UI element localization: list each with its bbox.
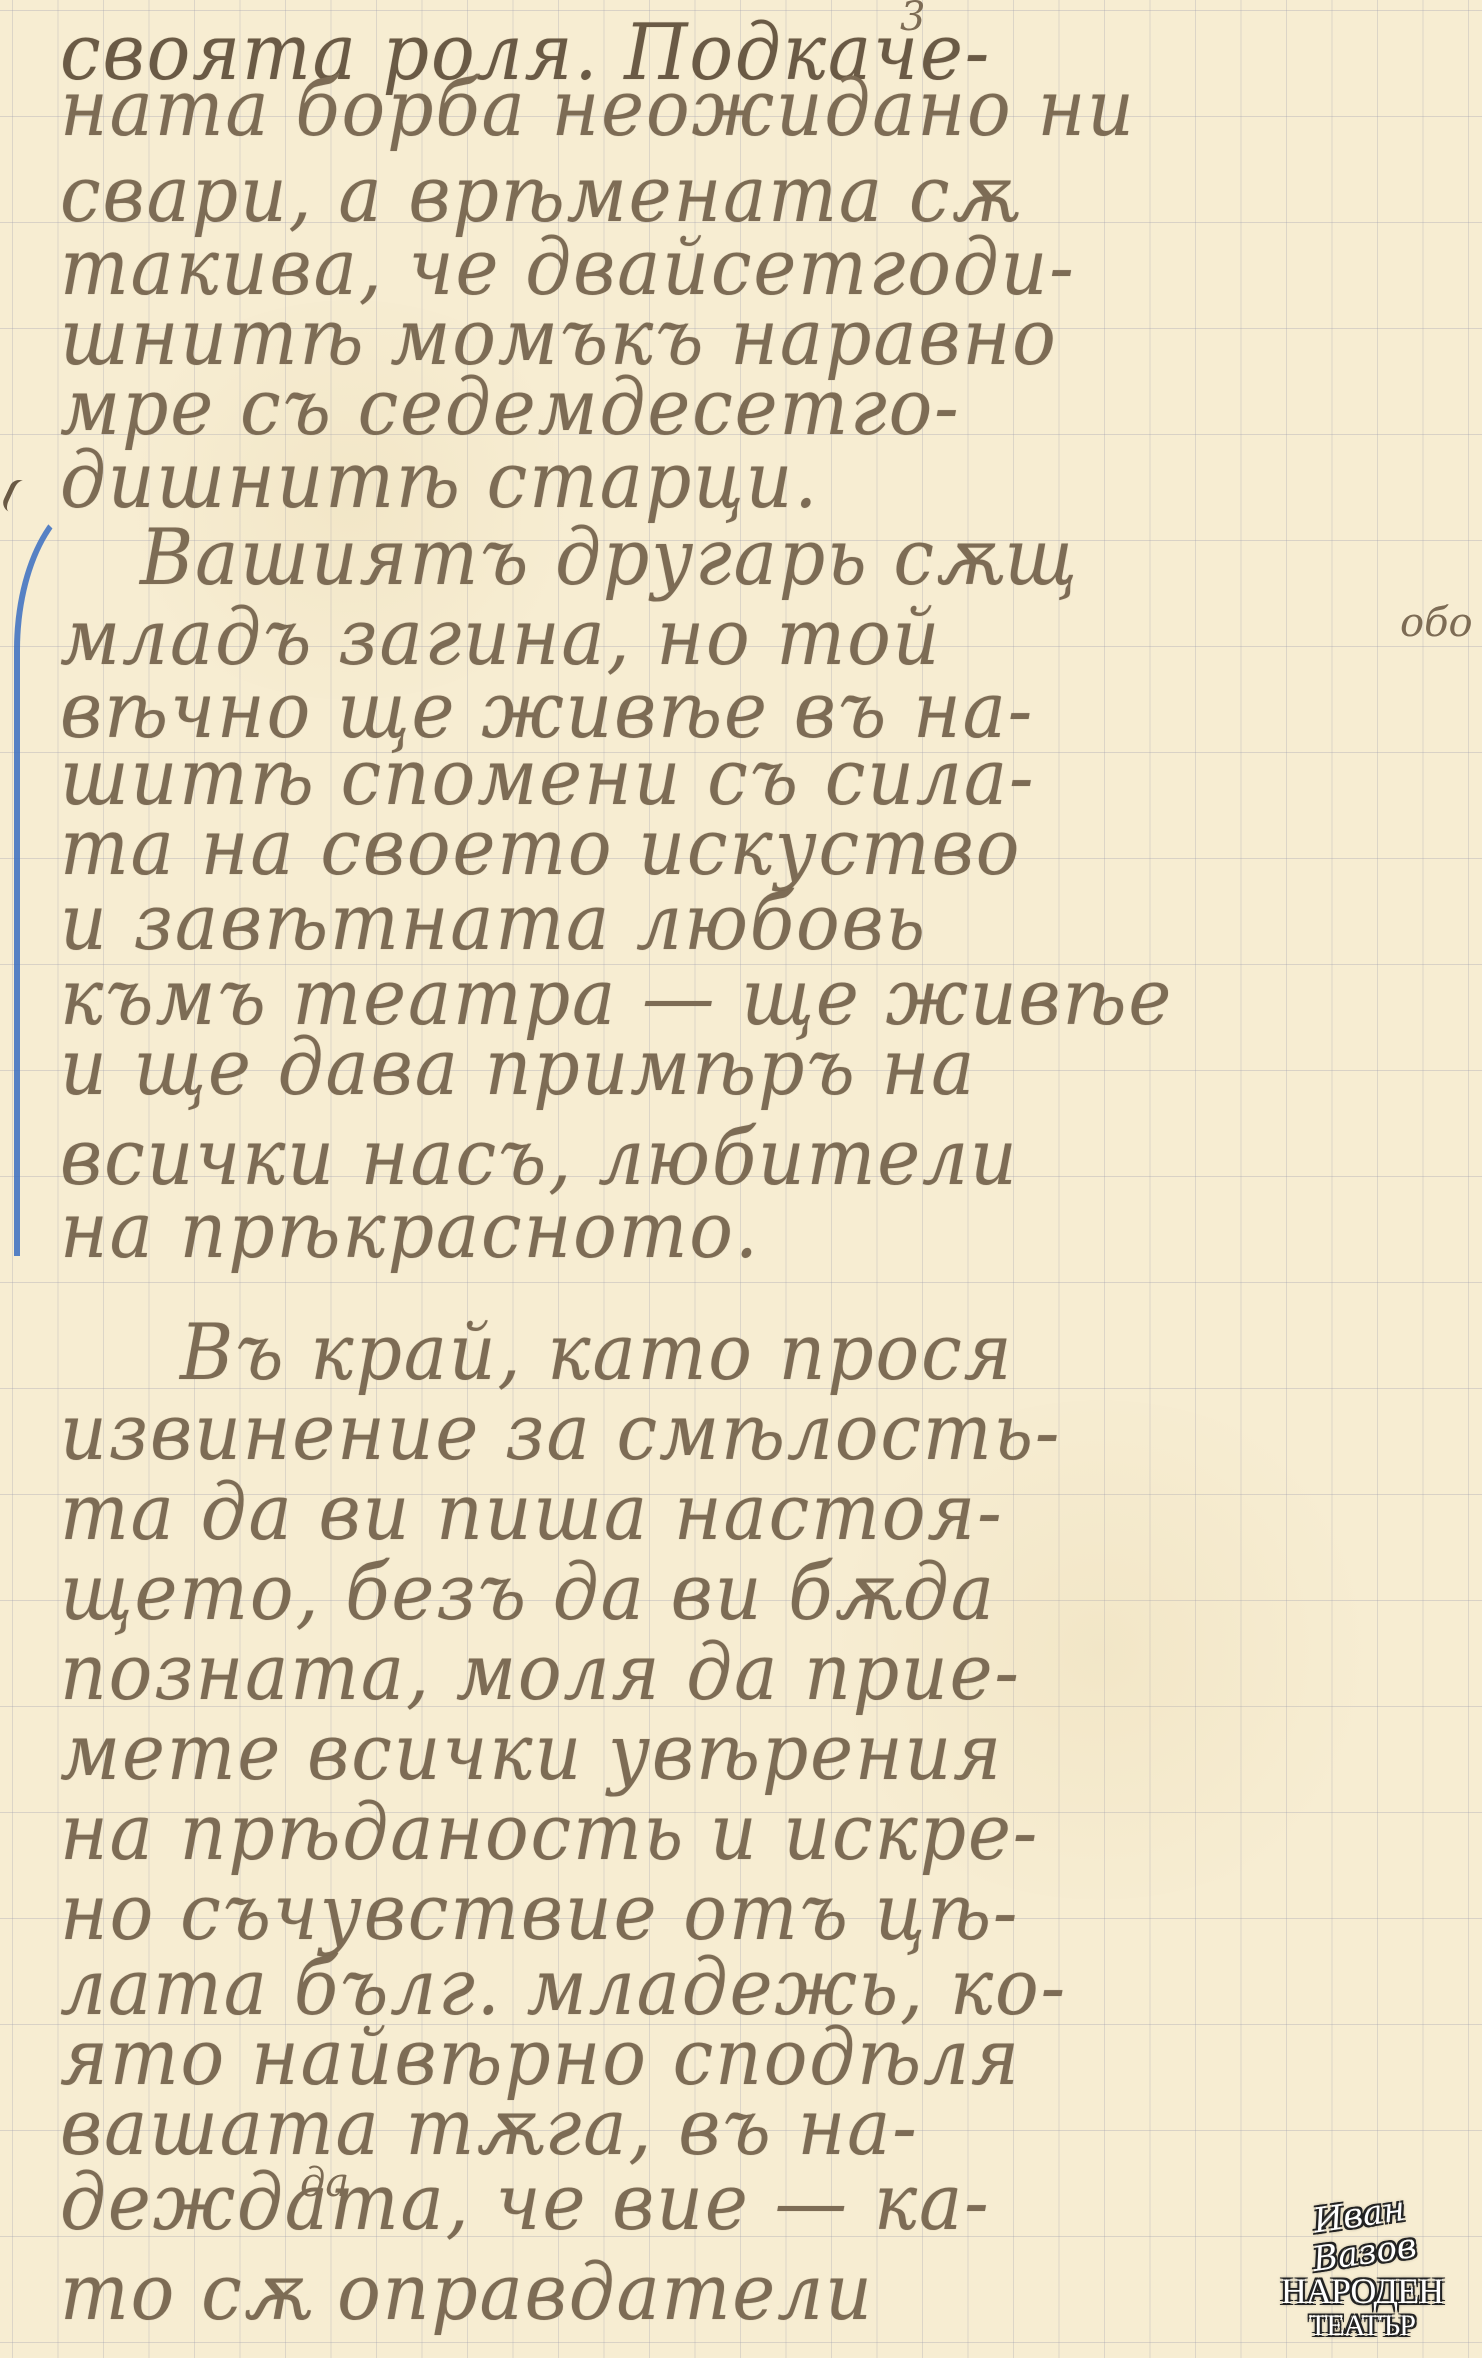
watermark-line-2: ТЕАТЪР: [1262, 2310, 1462, 2342]
interlinear-insertion: обо: [1400, 600, 1473, 646]
ink-mark: [0, 477, 35, 518]
interlinear-insertion: да: [300, 2160, 349, 2206]
letter-page: 3 своята роля. Подкаче- ната борба неожи…: [0, 0, 1482, 2358]
text-line-30: то сѫ оправдатели: [60, 2240, 874, 2346]
national-theatre-watermark: Иван Вазов НАРОДЕН ТЕАТЪР: [1262, 2196, 1462, 2342]
text-line-17: на прѣкрасното.: [60, 1178, 760, 1284]
